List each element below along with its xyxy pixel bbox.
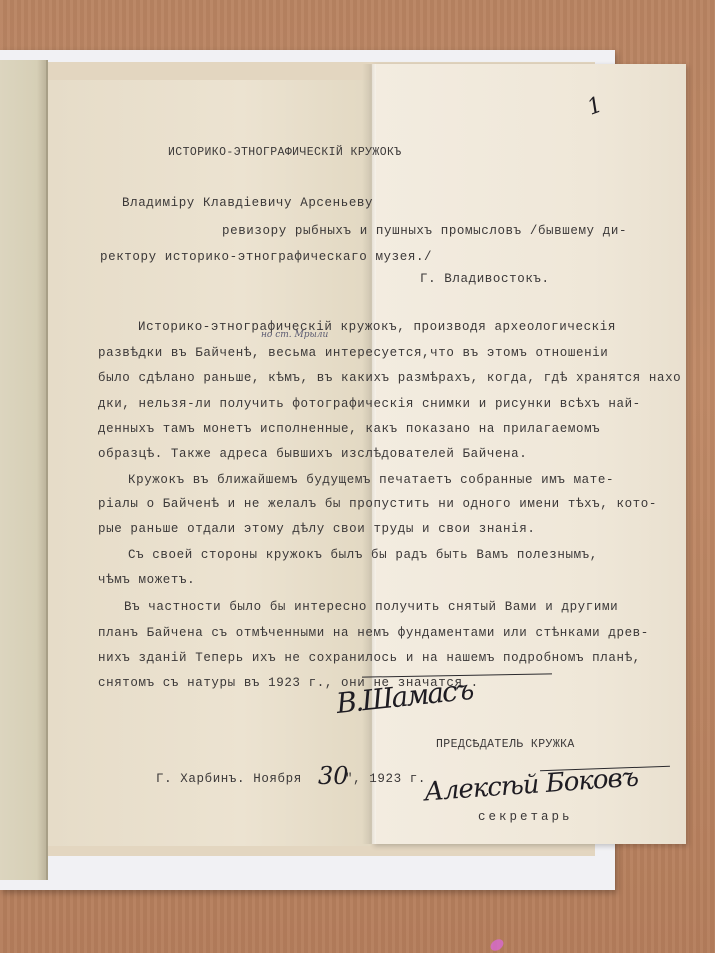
body-line: дки, нельзя-ли получить фотографическія … — [98, 397, 641, 411]
body-line: рые раньше отдали этому дѣлу свои труды … — [98, 522, 535, 536]
body-line: образцѣ. Также адреса бывшихъ изслѣдоват… — [98, 447, 527, 461]
secretary-title: секретарь — [478, 810, 573, 824]
folder-left-flap — [0, 60, 48, 880]
body-line: развѣдки въ Байченѣ, весьма интересуется… — [98, 346, 608, 360]
body-line: Историко-этнографическій кружокъ, произв… — [138, 320, 616, 334]
addressee-position-line2: ректору историко-этнографическаго музея.… — [100, 250, 432, 264]
body-line: нихъ зданій Теперь ихъ не сохранилось и … — [98, 651, 641, 665]
body-line: ріалы о Байченѣ и не желалъ бы пропустит… — [98, 497, 657, 511]
body-line: денныхъ тамъ монетъ исполненные, какъ по… — [98, 422, 600, 436]
addressee-name: Владиміру Клавдіевичу Арсеньеву — [122, 196, 373, 210]
date-year: ", 1923 г. — [345, 772, 426, 786]
chairman-title: ПРЕДСѢДАТЕЛЬ КРУЖКА — [436, 738, 575, 751]
letter-left-half — [48, 80, 372, 846]
body-line: Въ частности было бы интересно получить … — [124, 600, 618, 614]
body-line: чѣмъ можетъ. — [98, 573, 195, 587]
addressee-city: Г. Владивостокъ. — [420, 272, 550, 286]
date-place: Г. Харбинъ. Ноября — [156, 772, 302, 786]
date-day-handwritten: 30 — [318, 762, 349, 790]
body-line: планъ Байчена съ отмѣченными на немъ фун… — [98, 626, 649, 640]
letter-heading: ИСТОРИКО-ЭТНОГРАФИЧЕСКІЙ КРУЖОКЪ — [168, 146, 402, 159]
body-line: Съ своей стороны кружокъ былъ бы радъ бы… — [128, 548, 598, 562]
body-line: Кружокъ въ ближайшемъ будущемъ печатаетъ… — [128, 473, 614, 487]
body-line: было сдѣлано раньше, кѣмъ, въ какихъ раз… — [98, 371, 681, 385]
addressee-position-line1: ревизору рыбныхъ и пушныхъ промысловъ /б… — [222, 224, 627, 238]
